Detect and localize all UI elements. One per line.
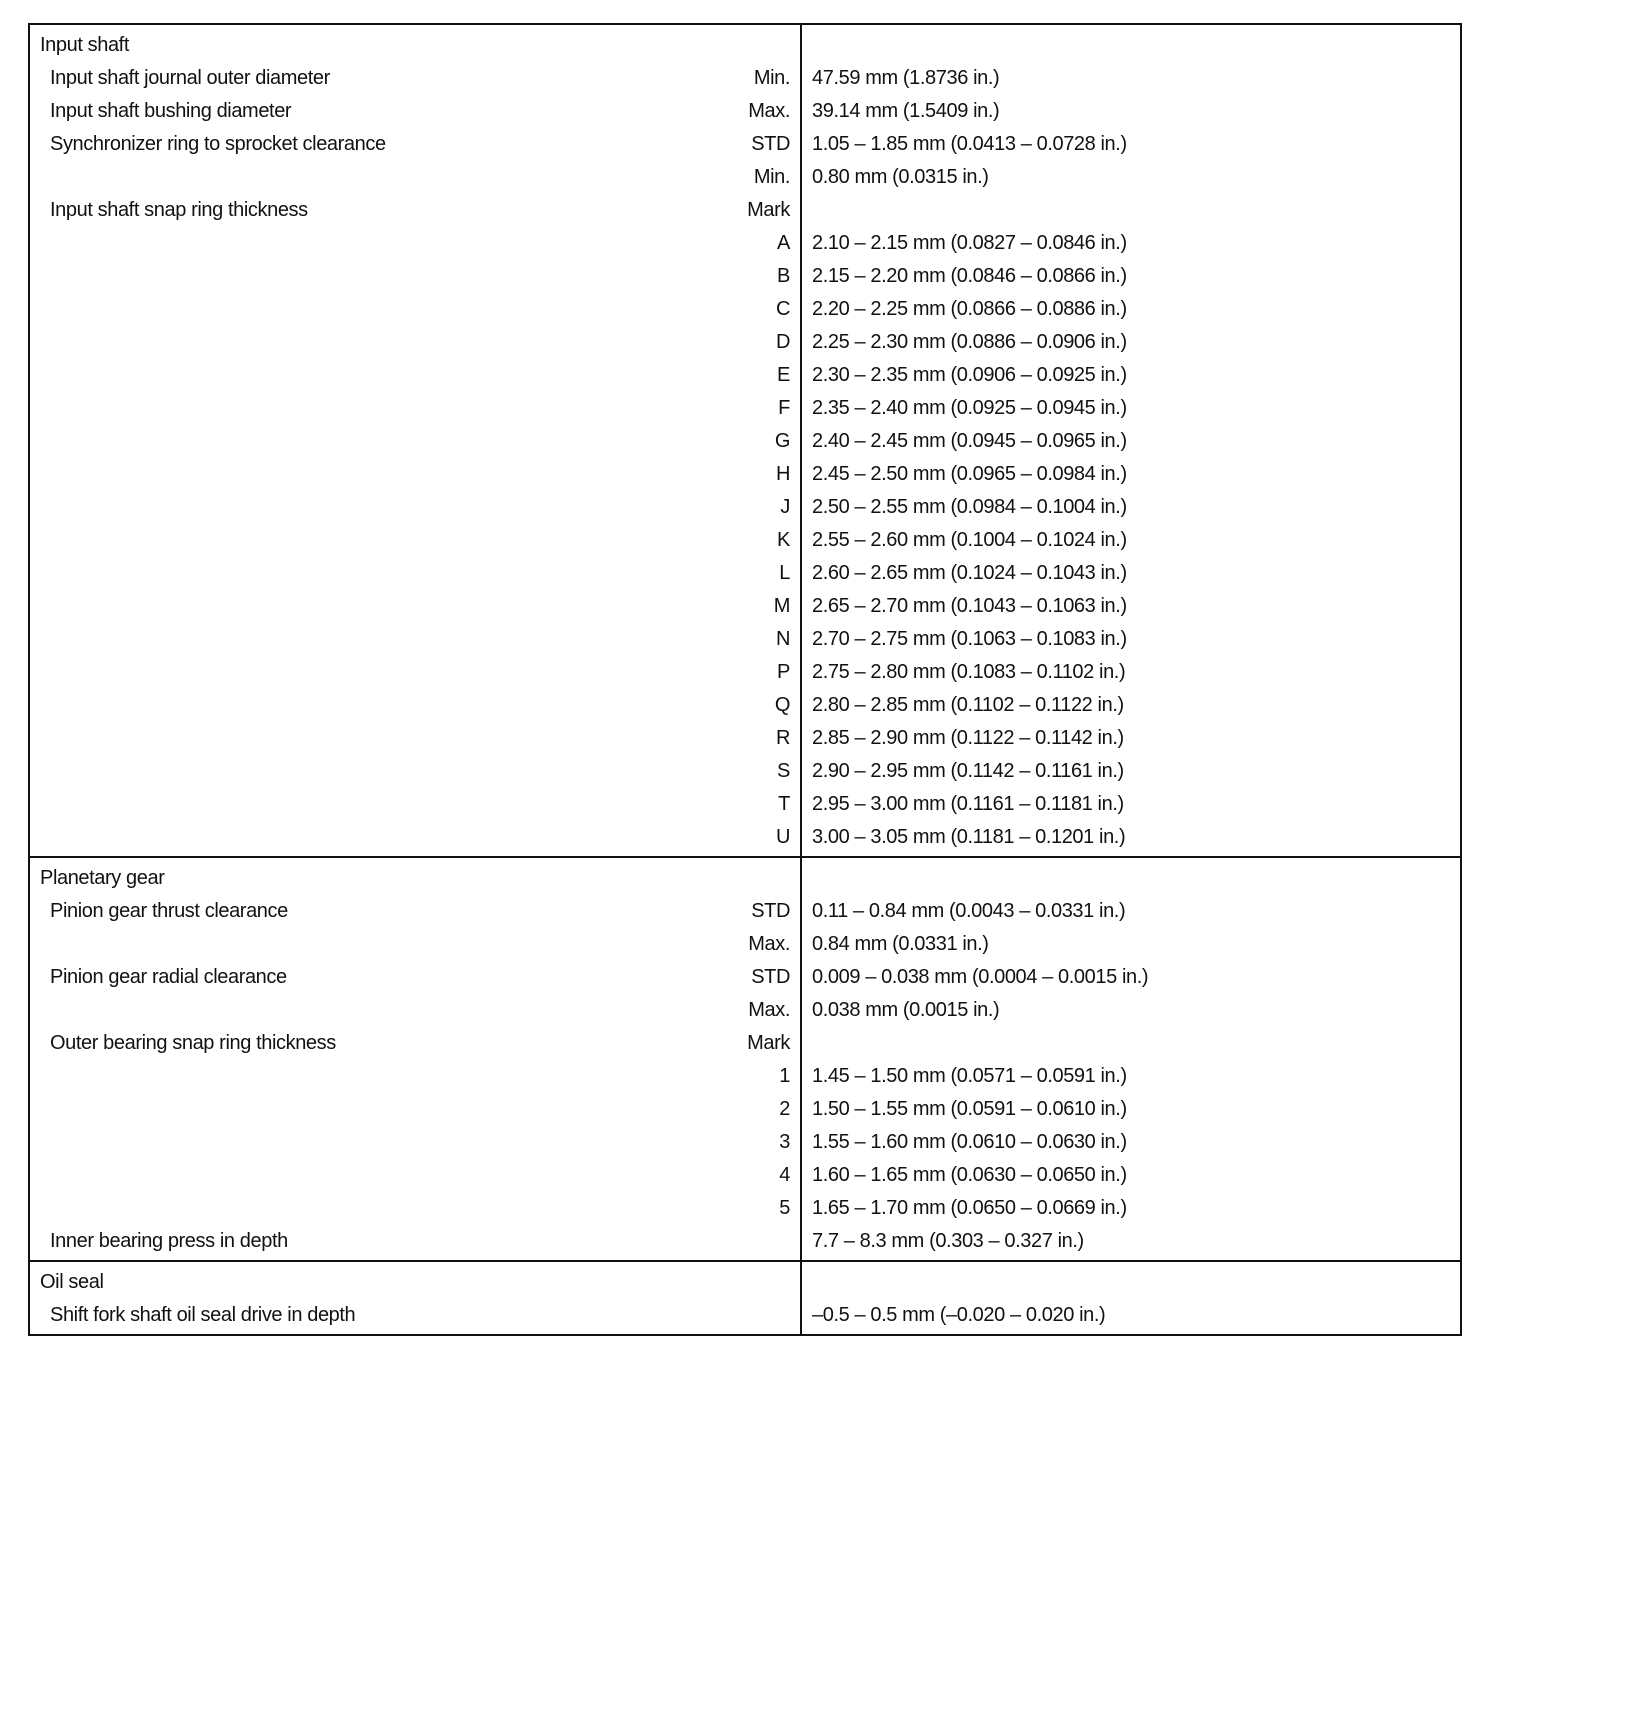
spec-label: Inner bearing press in depth	[30, 1230, 720, 1253]
spec-label: Synchronizer ring to sprocket clearance	[30, 133, 720, 156]
spec-row: R2.85 – 2.90 mm (0.1122 – 0.1142 in.)	[30, 722, 1460, 755]
spec-value: 1.55 – 1.60 mm (0.0610 – 0.0630 in.)	[800, 1131, 1460, 1154]
spec-qualifier: S	[720, 760, 800, 783]
spec-qualifier: N	[720, 628, 800, 651]
section-header-row: Input shaft	[30, 29, 1460, 62]
spec-row: G2.40 – 2.45 mm (0.0945 – 0.0965 in.)	[30, 425, 1460, 458]
section-header-row: Planetary gear	[30, 862, 1460, 895]
spec-row: L2.60 – 2.65 mm (0.1024 – 0.1043 in.)	[30, 557, 1460, 590]
spec-value: 2.50 – 2.55 mm (0.0984 – 0.1004 in.)	[800, 496, 1460, 519]
spec-value: 2.20 – 2.25 mm (0.0866 – 0.0886 in.)	[800, 298, 1460, 321]
spec-row: Pinion gear thrust clearanceSTD0.11 – 0.…	[30, 895, 1460, 928]
spec-qualifier: Max.	[720, 999, 800, 1022]
spec-qualifier: 3	[720, 1131, 800, 1154]
spec-row: 21.50 – 1.55 mm (0.0591 – 0.0610 in.)	[30, 1093, 1460, 1126]
spec-row: 31.55 – 1.60 mm (0.0610 – 0.0630 in.)	[30, 1126, 1460, 1159]
spec-value: 7.7 – 8.3 mm (0.303 – 0.327 in.)	[800, 1230, 1460, 1253]
spec-value: 0.11 – 0.84 mm (0.0043 – 0.0331 in.)	[800, 900, 1460, 923]
spec-row: Input shaft bushing diameterMax.39.14 mm…	[30, 95, 1460, 128]
spec-row: Outer bearing snap ring thicknessMark	[30, 1027, 1460, 1060]
spec-qualifier: K	[720, 529, 800, 552]
spec-value: 2.65 – 2.70 mm (0.1043 – 0.1063 in.)	[800, 595, 1460, 618]
spec-qualifier: H	[720, 463, 800, 486]
spec-row: Min.0.80 mm (0.0315 in.)	[30, 161, 1460, 194]
spec-qualifier: Max.	[720, 100, 800, 123]
spec-value: 39.14 mm (1.5409 in.)	[800, 100, 1460, 123]
spec-qualifier: A	[720, 232, 800, 255]
spec-label: Input shaft snap ring thickness	[30, 199, 720, 222]
spec-qualifier: D	[720, 331, 800, 354]
spec-qualifier: R	[720, 727, 800, 750]
spec-qualifier: Max.	[720, 933, 800, 956]
spec-value: 47.59 mm (1.8736 in.)	[800, 67, 1460, 90]
spec-row: Shift fork shaft oil seal drive in depth…	[30, 1299, 1460, 1332]
spec-value: 2.55 – 2.60 mm (0.1004 – 0.1024 in.)	[800, 529, 1460, 552]
spec-qualifier: STD	[720, 900, 800, 923]
spec-value: 2.10 – 2.15 mm (0.0827 – 0.0846 in.)	[800, 232, 1460, 255]
spec-row: D2.25 – 2.30 mm (0.0886 – 0.0906 in.)	[30, 326, 1460, 359]
spec-row: B2.15 – 2.20 mm (0.0846 – 0.0866 in.)	[30, 260, 1460, 293]
spec-section: Oil sealShift fork shaft oil seal drive …	[30, 1260, 1460, 1334]
spec-qualifier: E	[720, 364, 800, 387]
spec-value: 2.80 – 2.85 mm (0.1102 – 0.1122 in.)	[800, 694, 1460, 717]
spec-qualifier: Q	[720, 694, 800, 717]
section-header-row: Oil seal	[30, 1266, 1460, 1299]
spec-value: 2.95 – 3.00 mm (0.1161 – 0.1181 in.)	[800, 793, 1460, 816]
spec-qualifier: 1	[720, 1065, 800, 1088]
spec-row: J2.50 – 2.55 mm (0.0984 – 0.1004 in.)	[30, 491, 1460, 524]
spec-row: 51.65 – 1.70 mm (0.0650 – 0.0669 in.)	[30, 1192, 1460, 1225]
spec-row: P2.75 – 2.80 mm (0.1083 – 0.1102 in.)	[30, 656, 1460, 689]
spec-row: H2.45 – 2.50 mm (0.0965 – 0.0984 in.)	[30, 458, 1460, 491]
spec-row: U3.00 – 3.05 mm (0.1181 – 0.1201 in.)	[30, 821, 1460, 854]
spec-qualifier: L	[720, 562, 800, 585]
spec-label: Input shaft journal outer diameter	[30, 67, 720, 90]
spec-qualifier: P	[720, 661, 800, 684]
spec-row: M2.65 – 2.70 mm (0.1043 – 0.1063 in.)	[30, 590, 1460, 623]
spec-value: 2.15 – 2.20 mm (0.0846 – 0.0866 in.)	[800, 265, 1460, 288]
spec-table: Input shaftInput shaft journal outer dia…	[28, 23, 1462, 1336]
spec-row: K2.55 – 2.60 mm (0.1004 – 0.1024 in.)	[30, 524, 1460, 557]
spec-value: –0.5 – 0.5 mm (–0.020 – 0.020 in.)	[800, 1304, 1460, 1327]
spec-row: Pinion gear radial clearanceSTD0.009 – 0…	[30, 961, 1460, 994]
spec-row: T2.95 – 3.00 mm (0.1161 – 0.1181 in.)	[30, 788, 1460, 821]
spec-qualifier: G	[720, 430, 800, 453]
spec-qualifier: J	[720, 496, 800, 519]
spec-row: A2.10 – 2.15 mm (0.0827 – 0.0846 in.)	[30, 227, 1460, 260]
spec-section: Planetary gearPinion gear thrust clearan…	[30, 856, 1460, 1260]
section-title: Planetary gear	[30, 867, 720, 890]
spec-row: E2.30 – 2.35 mm (0.0906 – 0.0925 in.)	[30, 359, 1460, 392]
spec-value: 2.40 – 2.45 mm (0.0945 – 0.0965 in.)	[800, 430, 1460, 453]
spec-value: 1.50 – 1.55 mm (0.0591 – 0.0610 in.)	[800, 1098, 1460, 1121]
spec-label: Pinion gear radial clearance	[30, 966, 720, 989]
spec-value: 2.75 – 2.80 mm (0.1083 – 0.1102 in.)	[800, 661, 1460, 684]
spec-row: Inner bearing press in depth7.7 – 8.3 mm…	[30, 1225, 1460, 1258]
spec-qualifier: B	[720, 265, 800, 288]
spec-row: C2.20 – 2.25 mm (0.0866 – 0.0886 in.)	[30, 293, 1460, 326]
spec-value: 0.038 mm (0.0015 in.)	[800, 999, 1460, 1022]
spec-row: S2.90 – 2.95 mm (0.1142 – 0.1161 in.)	[30, 755, 1460, 788]
spec-value: 2.35 – 2.40 mm (0.0925 – 0.0945 in.)	[800, 397, 1460, 420]
spec-row: Synchronizer ring to sprocket clearanceS…	[30, 128, 1460, 161]
spec-qualifier: Min.	[720, 67, 800, 90]
section-title: Oil seal	[30, 1271, 720, 1294]
spec-label: Input shaft bushing diameter	[30, 100, 720, 123]
spec-value: 1.05 – 1.85 mm (0.0413 – 0.0728 in.)	[800, 133, 1460, 156]
spec-row: Max.0.84 mm (0.0331 in.)	[30, 928, 1460, 961]
spec-value: 2.45 – 2.50 mm (0.0965 – 0.0984 in.)	[800, 463, 1460, 486]
spec-qualifier: 4	[720, 1164, 800, 1187]
spec-qualifier: STD	[720, 133, 800, 156]
spec-row: N2.70 – 2.75 mm (0.1063 – 0.1083 in.)	[30, 623, 1460, 656]
spec-value: 2.60 – 2.65 mm (0.1024 – 0.1043 in.)	[800, 562, 1460, 585]
spec-qualifier: U	[720, 826, 800, 849]
spec-section: Input shaftInput shaft journal outer dia…	[30, 25, 1460, 856]
spec-row: Input shaft journal outer diameterMin.47…	[30, 62, 1460, 95]
spec-value: 0.80 mm (0.0315 in.)	[800, 166, 1460, 189]
spec-qualifier: M	[720, 595, 800, 618]
spec-row: F2.35 – 2.40 mm (0.0925 – 0.0945 in.)	[30, 392, 1460, 425]
spec-value: 0.009 – 0.038 mm (0.0004 – 0.0015 in.)	[800, 966, 1460, 989]
spec-value: 1.45 – 1.50 mm (0.0571 – 0.0591 in.)	[800, 1065, 1460, 1088]
spec-label: Outer bearing snap ring thickness	[30, 1032, 720, 1055]
spec-qualifier: STD	[720, 966, 800, 989]
spec-label: Shift fork shaft oil seal drive in depth	[30, 1304, 720, 1327]
spec-value: 2.30 – 2.35 mm (0.0906 – 0.0925 in.)	[800, 364, 1460, 387]
spec-qualifier: T	[720, 793, 800, 816]
spec-value: 1.60 – 1.65 mm (0.0630 – 0.0650 in.)	[800, 1164, 1460, 1187]
spec-label: Pinion gear thrust clearance	[30, 900, 720, 923]
spec-qualifier: 5	[720, 1197, 800, 1220]
spec-value: 2.25 – 2.30 mm (0.0886 – 0.0906 in.)	[800, 331, 1460, 354]
spec-value: 2.70 – 2.75 mm (0.1063 – 0.1083 in.)	[800, 628, 1460, 651]
spec-row: 41.60 – 1.65 mm (0.0630 – 0.0650 in.)	[30, 1159, 1460, 1192]
spec-row: Q2.80 – 2.85 mm (0.1102 – 0.1122 in.)	[30, 689, 1460, 722]
spec-qualifier: Mark	[720, 1032, 800, 1055]
spec-value: 2.90 – 2.95 mm (0.1142 – 0.1161 in.)	[800, 760, 1460, 783]
spec-row: 11.45 – 1.50 mm (0.0571 – 0.0591 in.)	[30, 1060, 1460, 1093]
spec-qualifier: Min.	[720, 166, 800, 189]
spec-value: 0.84 mm (0.0331 in.)	[800, 933, 1460, 956]
spec-qualifier: Mark	[720, 199, 800, 222]
spec-qualifier: F	[720, 397, 800, 420]
spec-qualifier: 2	[720, 1098, 800, 1121]
spec-value: 1.65 – 1.70 mm (0.0650 – 0.0669 in.)	[800, 1197, 1460, 1220]
spec-row: Max.0.038 mm (0.0015 in.)	[30, 994, 1460, 1027]
section-title: Input shaft	[30, 34, 720, 57]
spec-row: Input shaft snap ring thicknessMark	[30, 194, 1460, 227]
spec-value: 2.85 – 2.90 mm (0.1122 – 0.1142 in.)	[800, 727, 1460, 750]
spec-value: 3.00 – 3.05 mm (0.1181 – 0.1201 in.)	[800, 826, 1460, 849]
spec-qualifier: C	[720, 298, 800, 321]
